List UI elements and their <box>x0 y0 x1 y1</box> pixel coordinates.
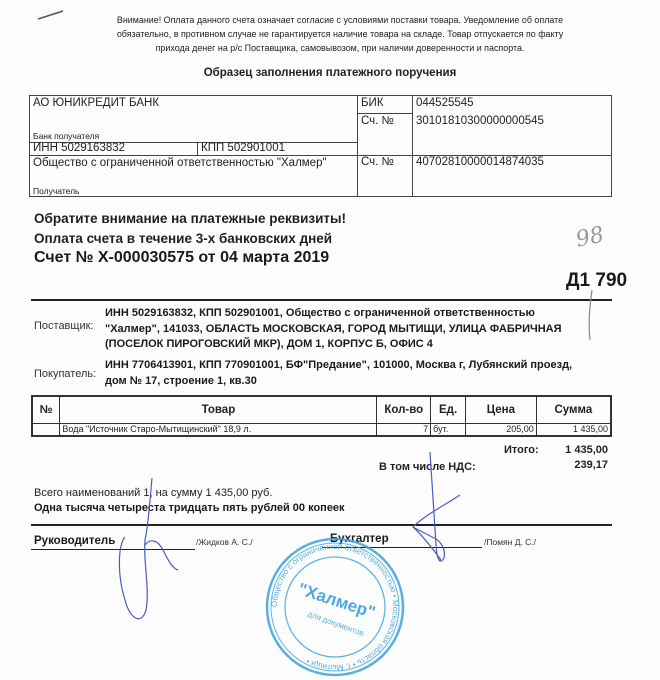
vat-value: 239,17 <box>528 459 608 471</box>
corr-account-label: Сч. № <box>361 115 394 127</box>
col-header-product: Товар <box>60 396 377 424</box>
items-header-row: № Товар Кол-во Ед. Цена Сумма <box>32 396 611 424</box>
account-label: Сч. № <box>361 156 394 168</box>
bank-details-table: АО ЮНИКРЕДИТ БАНК Банк получателя ИНН 50… <box>29 95 612 197</box>
buyer-details: ИНН 7706413901, КПП 770901001, БФ"Предан… <box>105 358 585 389</box>
payment-notice: Внимание! Оплата данного счета означает … <box>89 14 591 56</box>
supplier-line: "Халмер", 141033, ОБЛАСТЬ МОСКОВСКАЯ, ГО… <box>105 322 585 338</box>
divider-top <box>31 299 612 301</box>
items-count-line: Всего наименований 1, на сумму 1 435,00 … <box>34 487 272 499</box>
notice-line: Внимание! Оплата данного счета означает … <box>89 14 591 28</box>
buyer-line: ИНН 7706413901, КПП 770901001, БФ"Предан… <box>105 358 585 374</box>
supplier-label: Поставщик: <box>34 320 93 332</box>
bik-label: БИК <box>361 97 384 109</box>
notice-line: прихода денег на р/с Поставщика, самовыв… <box>89 42 591 56</box>
supplier-line: ИНН 5029163832, КПП 502901001, Общество … <box>105 306 585 322</box>
bank-label: Банк получателя <box>33 131 99 141</box>
company-stamp: Общество с ограниченной ответственностью… <box>262 534 408 680</box>
handwritten-note: 98 <box>574 222 607 252</box>
cell-price: 205,00 <box>466 424 537 437</box>
account-value: 40702810000014874035 <box>416 156 544 168</box>
total-value: 1 435,00 <box>528 444 608 456</box>
attention-line-2: Оплата счета в течение 3-х банковских дн… <box>34 231 332 246</box>
col-header-quantity: Кол-во <box>377 396 431 424</box>
cell-unit: бут. <box>431 424 466 437</box>
cell-product: Вода "Источник Старо-Мытищинский" 18,9 л… <box>60 424 377 437</box>
buyer-line: дом № 17, строение 1, кв.30 <box>105 374 585 390</box>
recipient-inn: ИНН 5029163832 <box>33 142 125 154</box>
corr-account-value: 30101810300000000545 <box>416 115 544 127</box>
recipient-kpp: КПП 502901001 <box>201 142 285 154</box>
buyer-label: Покупатель: <box>34 368 96 380</box>
supplier-details: ИНН 5029163832, КПП 502901001, Общество … <box>105 306 585 353</box>
recipient-name: Общество с ограниченной ответственностью… <box>33 157 327 169</box>
col-header-unit: Ед. <box>431 396 466 424</box>
col-header-price: Цена <box>466 396 537 424</box>
col-header-sum: Сумма <box>536 396 611 424</box>
cell-quantity: 7 <box>377 424 431 437</box>
bank-name: АО ЮНИКРЕДИТ БАНК <box>33 97 159 109</box>
invoice-title: Счет № Х-000030575 от 04 марта 2019 <box>34 249 329 267</box>
supplier-line: (ПОСЕЛОК ПИРОГОВСКИЙ МКР), ДОМ 1, КОРПУС… <box>105 337 585 353</box>
vat-label: В том числе НДС: <box>379 461 476 473</box>
payment-sample-title: Образец заполнения платежного поручения <box>0 67 660 79</box>
amount-in-words: Одна тысяча четыреста тридцать пять рубл… <box>34 502 345 514</box>
items-table: № Товар Кол-во Ед. Цена Сумма Вода "Исто… <box>31 395 612 437</box>
notice-line: обязательно, в противном случае не гаран… <box>89 28 591 42</box>
col-header-number: № <box>32 396 60 424</box>
invoice-code: Д1 790 <box>566 270 627 292</box>
attention-line-1: Обратите внимание на платежные реквизиты… <box>34 211 346 226</box>
accountant-name: /Помян Д. С./ <box>484 537 536 547</box>
director-signature-line[interactable] <box>31 549 195 550</box>
cell-sum: 1 435,00 <box>536 424 611 437</box>
director-name: /Жидков А. С./ <box>196 537 253 547</box>
bik-value: 044525545 <box>416 97 474 109</box>
table-row: Вода "Источник Старо-Мытищинский" 18,9 л… <box>32 424 611 437</box>
director-label: Руководитель <box>34 535 115 547</box>
recipient-label: Получатель <box>33 186 79 196</box>
divider-bottom <box>31 524 612 526</box>
cell-number <box>32 424 60 437</box>
